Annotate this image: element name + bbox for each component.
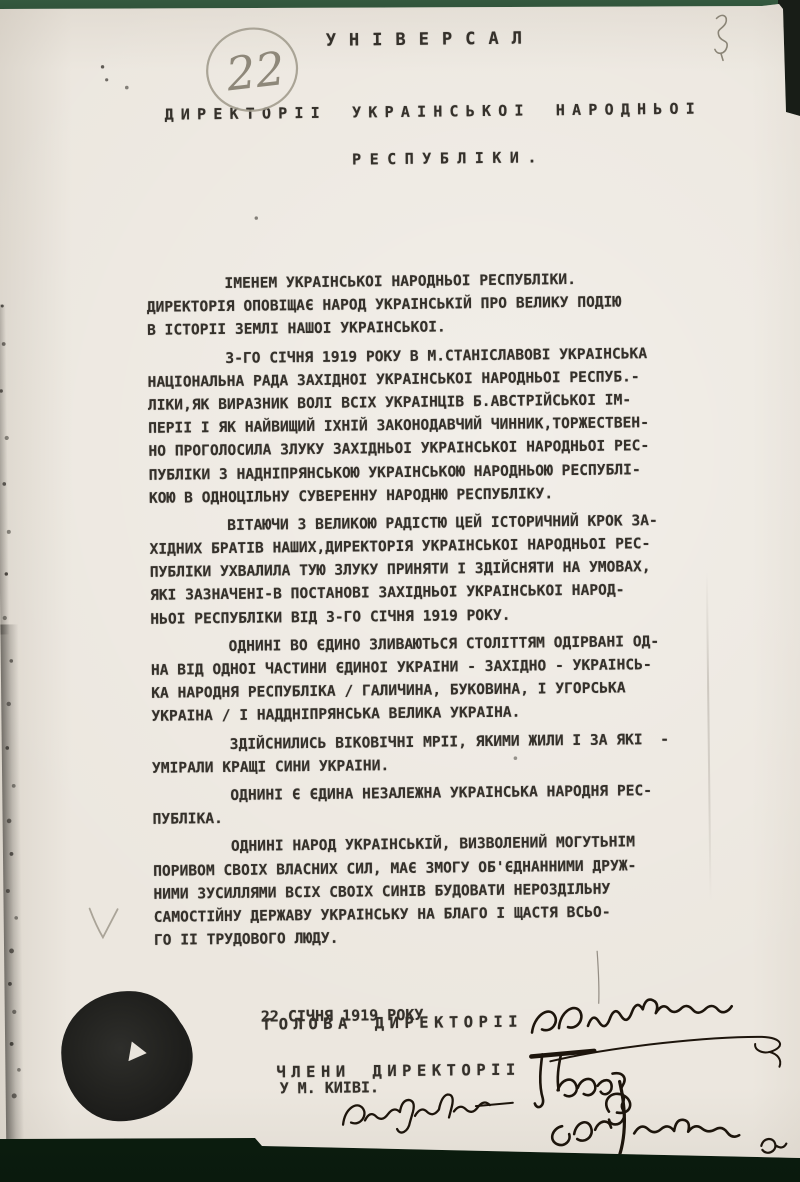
pencil-squiggle-icon (715, 15, 728, 60)
document-body: ІМЕНЕМ УКРАІНСЬКОІ НАРОДНЬОІ РЕСПУБЛІКИ.… (146, 267, 684, 952)
stray-ink-line (597, 951, 599, 1004)
body-line: ГО ІІ ТРУДОВОГО ЛЮДУ. (154, 923, 684, 952)
archive-number: 22 (222, 41, 287, 102)
members-of-directory-label: ЧЛЕНИ ДИРЕКТОРІІ (276, 1061, 521, 1082)
signature-vynnychenko (532, 998, 781, 1069)
body-line: В ІСТОРІІ ЗЕМЛІ НАШОІ УКРАІНСЬКОІ. (147, 313, 677, 342)
document-title-line2: ДИРЕКТОРІІ УКРАІНСЬКОІ НАРОДНЬОІ (164, 100, 702, 124)
photographed-document: УНІВЕРСАЛ ДИРЕКТОРІІ УКРАІНСЬКОІ НАРОДНЬ… (0, 0, 800, 1182)
ink-seal-blot (61, 990, 190, 1121)
archive-number-annotation: 22 (201, 22, 303, 117)
pencil-checkmark-icon (90, 908, 118, 937)
document-sheet: УНІВЕРСАЛ ДИРЕКТОРІІ УКРАІНСЬКОІ НАРОДНЬ… (0, 0, 800, 1182)
document-title: УНІВЕРСАЛ (326, 28, 535, 50)
document-content: УНІВЕРСАЛ ДИРЕКТОРІІ УКРАІНСЬКОІ НАРОДНЬ… (0, 0, 800, 1182)
body-line: УМІРАЛИ КРАЩІ СИНИ УКРАІНИ. (152, 751, 682, 780)
dateline: 22 СІЧНЯ 1919 РОКУ У М. КИІВІ. (260, 955, 425, 1149)
paper-crease (706, 572, 712, 902)
body-line: УКРАІНА / І НАДДНІПРЯНСЬКА ВЕЛИКА УКРАІН… (151, 699, 681, 728)
left-edge-shadow-upper (0, 304, 9, 634)
seal-void-triangle (124, 1040, 148, 1062)
document-title-line3: РЕСПУБЛІКИ. (352, 148, 545, 168)
signature-makarenko (552, 1080, 787, 1157)
head-of-directory-label: ГОЛОВА ДИРЕКТОРІІ (264, 1013, 523, 1034)
signature-petliura (531, 1050, 625, 1125)
